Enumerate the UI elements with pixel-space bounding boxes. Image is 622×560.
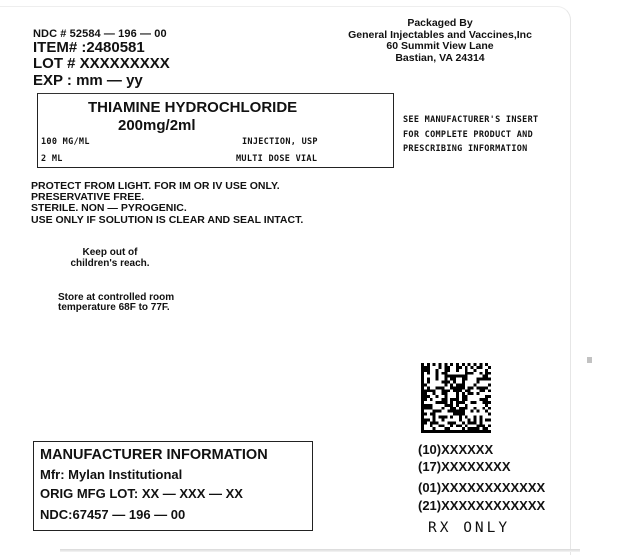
code-batch: (10)XXXXXX: [418, 441, 545, 459]
storage-instructions: Store at controlled room temperature 68F…: [58, 293, 174, 312]
rx-only-label: RX ONLY: [428, 520, 510, 536]
manufacturer-title: MANUFACTURER INFORMATION: [40, 447, 268, 463]
insert-note-line: SEE MANUFACTURER'S INSERT: [403, 113, 538, 128]
product-form: INJECTION, USP: [242, 137, 318, 147]
packager-street: 60 Summit View Lane: [330, 41, 550, 53]
warning-line: STERILE. NON — PYROGENIC.: [31, 203, 303, 214]
keep-out-line: children's reach.: [60, 259, 160, 270]
insert-note-line: FOR COMPLETE PRODUCT AND: [403, 128, 538, 143]
insert-note: SEE MANUFACTURER'S INSERT FOR COMPLETE P…: [403, 113, 538, 157]
insert-note-line: PRESCRIBING INFORMATION: [403, 142, 538, 157]
product-box: THIAMINE HYDROCHLORIDE 200mg/2ml 100 MG/…: [37, 93, 394, 168]
manufacturer-ndc: NDC:67457 — 196 — 00: [40, 507, 185, 522]
original-mfg-lot: ORIG MFG LOT: XX — XXX — XX: [40, 486, 243, 501]
product-volume: 2 ML: [41, 154, 63, 164]
gs1-codes: (10)XXXXXX (17)XXXXXXXX (01)XXXXXXXXXXXX…: [418, 441, 545, 515]
warning-line: USE ONLY IF SOLUTION IS CLEAR AND SEAL I…: [31, 215, 303, 226]
packager-heading: Packaged By: [330, 18, 550, 30]
manufacturer-box: MANUFACTURER INFORMATION Mfr: Mylan Inst…: [33, 441, 313, 531]
print-speck: [587, 357, 592, 363]
code-serial: (21)XXXXXXXXXXXX: [418, 497, 545, 515]
manufacturer-name: Mfr: Mylan Institutional: [40, 467, 182, 482]
product-strength: 200mg/2ml: [118, 117, 196, 134]
warnings: PROTECT FROM LIGHT. FOR IM OR IV USE ONL…: [31, 181, 303, 226]
packager-info: Packaged By General Injectables and Vacc…: [330, 18, 550, 64]
code-gtin: (01)XXXXXXXXXXXX: [418, 479, 545, 497]
keep-out-line: Keep out of: [60, 248, 160, 259]
keep-out-of-reach: Keep out of children's reach.: [60, 248, 160, 269]
product-name: THIAMINE HYDROCHLORIDE: [88, 99, 297, 116]
storage-line: temperature 68F to 77F.: [58, 303, 174, 313]
product-container: MULTI DOSE VIAL: [236, 154, 317, 164]
sheet-edge-shadow: [60, 549, 580, 552]
packager-city: Bastian, VA 24314: [330, 53, 550, 65]
code-expiry: (17)XXXXXXXX: [418, 458, 545, 476]
datamatrix-barcode-icon: [421, 363, 491, 433]
product-concentration: 100 MG/ML: [41, 137, 90, 147]
expiration-date: EXP : mm — yy: [33, 72, 143, 89]
item-number: ITEM# :2480581: [33, 39, 145, 56]
lot-number: LOT # XXXXXXXXX: [33, 55, 170, 72]
